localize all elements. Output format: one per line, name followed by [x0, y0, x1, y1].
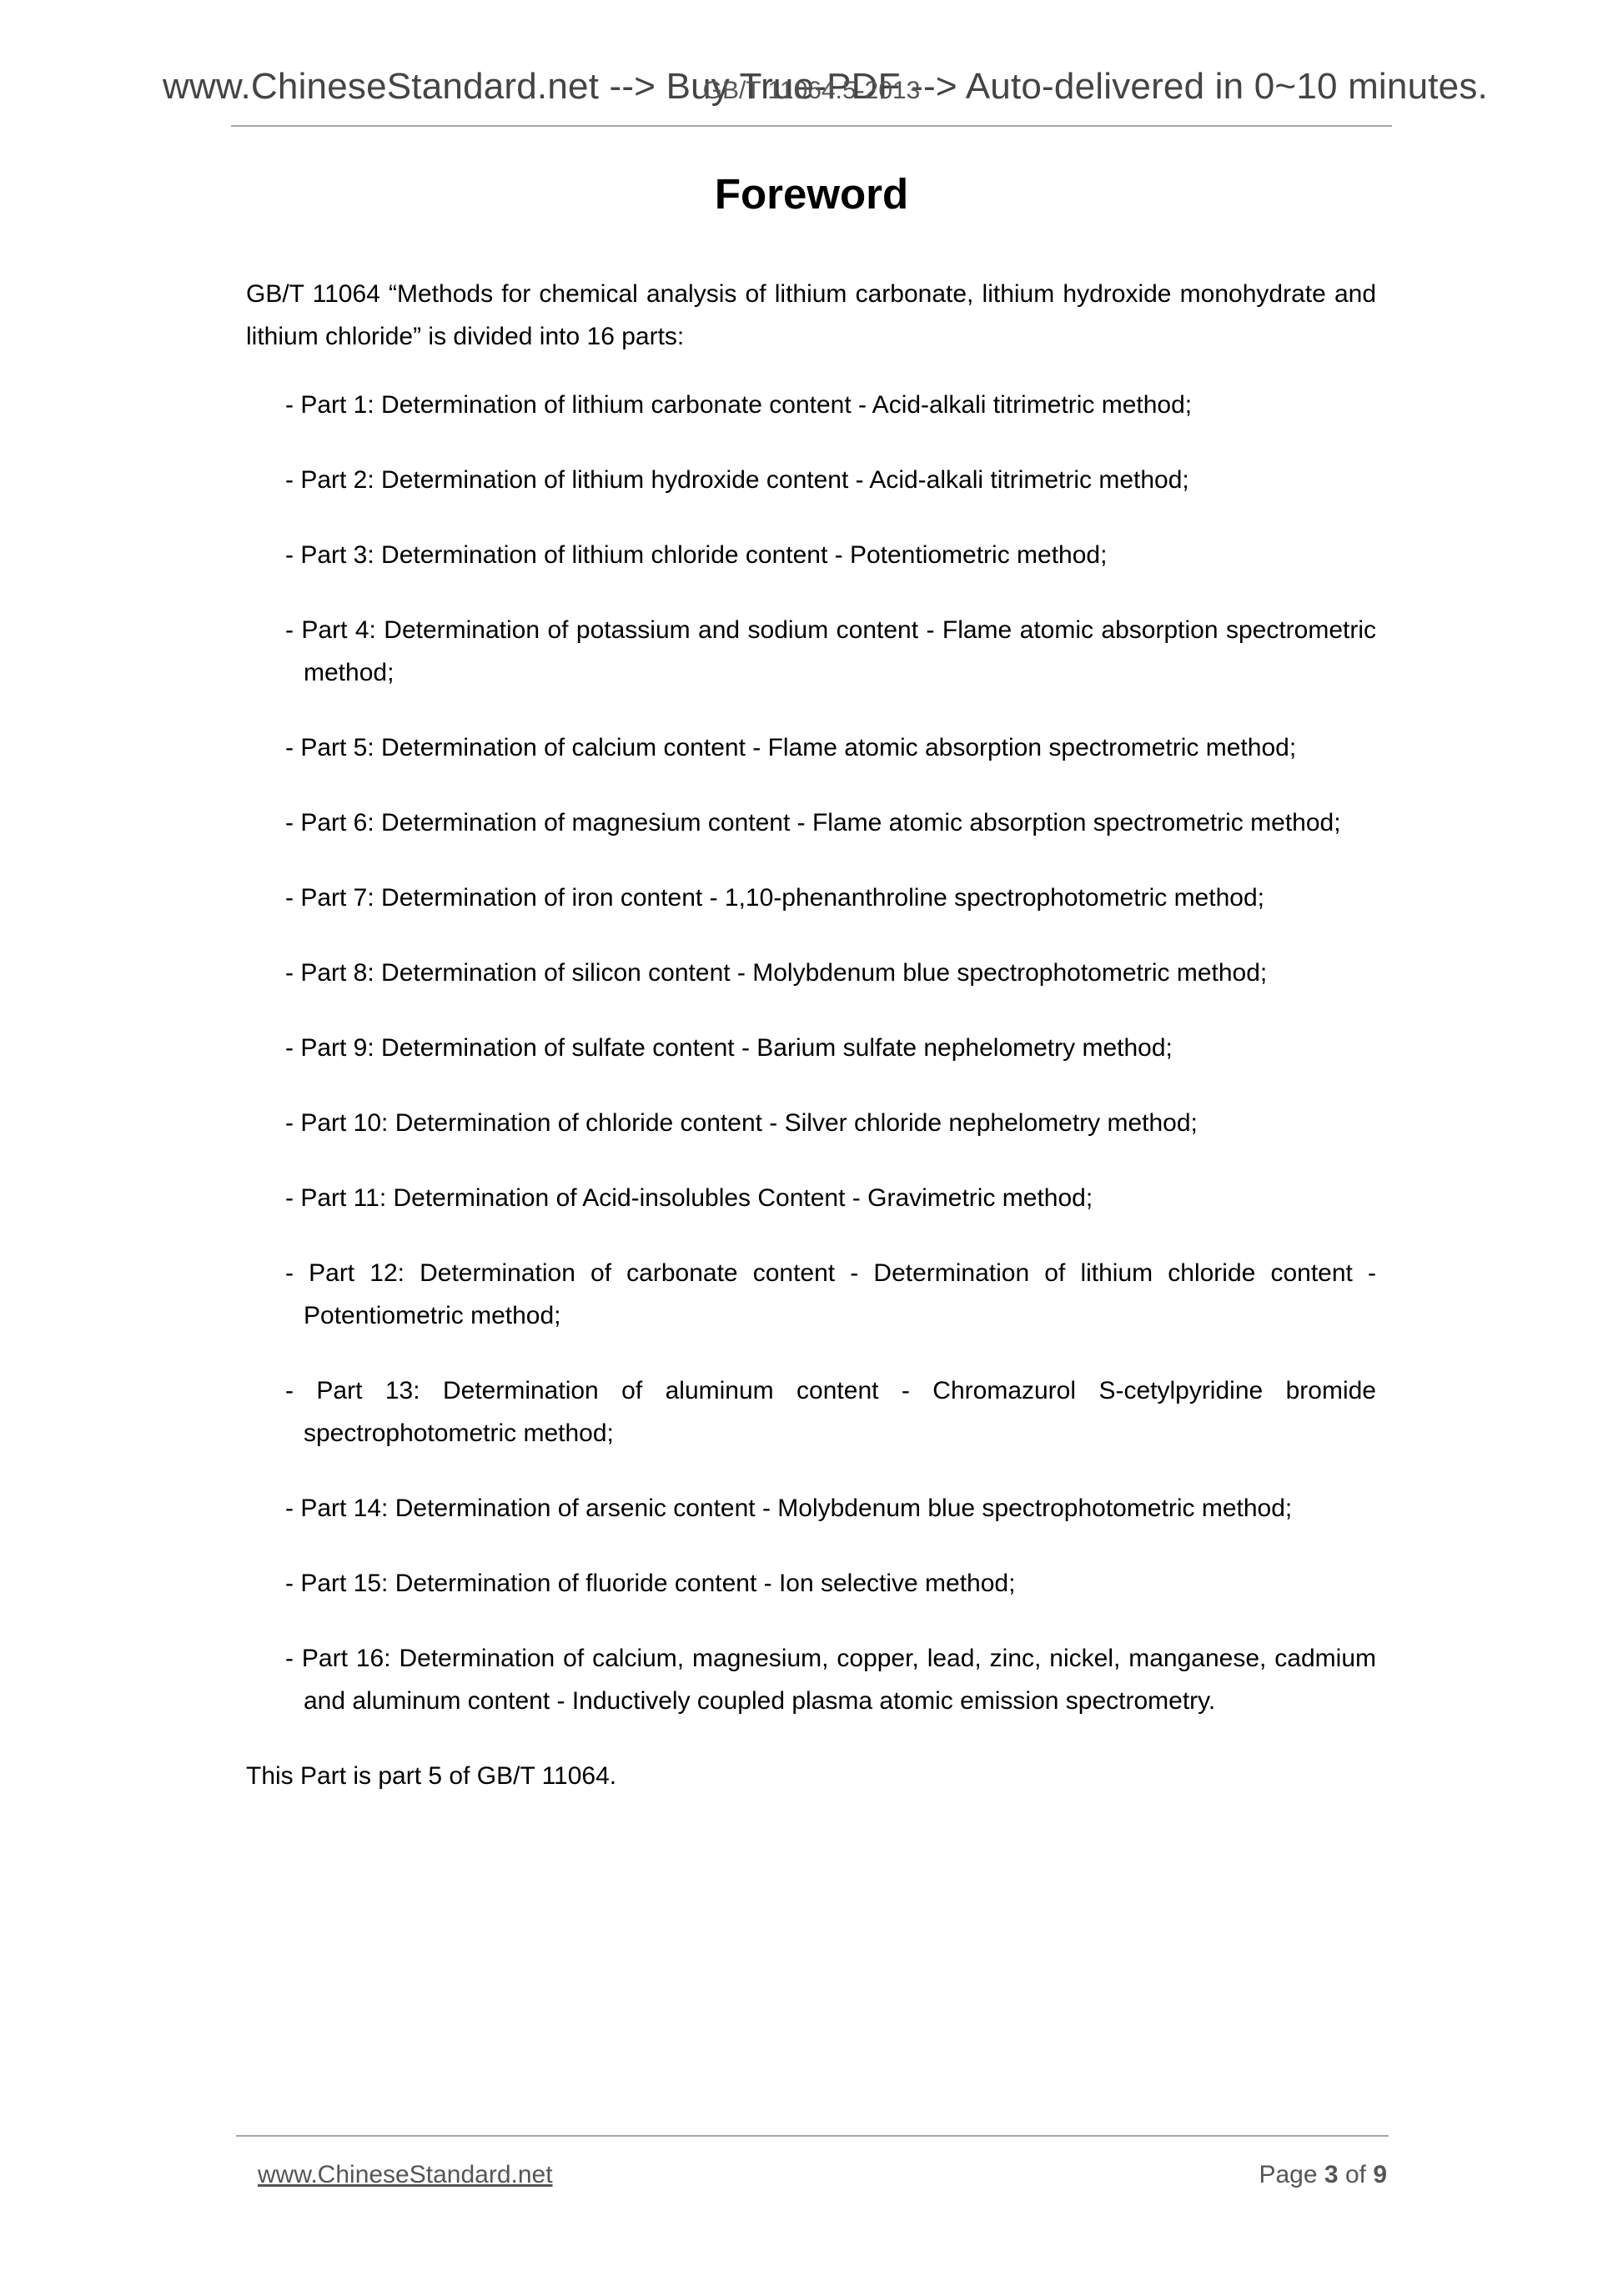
list-item-part-11: - Part 11: Determination of Acid-insolub… [246, 1177, 1376, 1219]
list-item-part-7: - Part 7: Determination of iron content … [246, 877, 1376, 919]
list-item-part-5: - Part 5: Determination of calcium conte… [246, 726, 1376, 769]
total-pages-number: 9 [1373, 2161, 1387, 2188]
list-item-part-6: - Part 6: Determination of magnesium con… [246, 801, 1376, 844]
page-header: www.ChineseStandard.net --> Buy True-PDF… [0, 0, 1623, 133]
list-item-part-16: - Part 16: Determination of calcium, mag… [246, 1637, 1376, 1722]
header-standard-number: GB/T 11064.5-2013 [0, 76, 1623, 106]
intro-paragraph: GB/T 11064 “Methods for chemical analysi… [246, 273, 1376, 358]
page-title: Foreword [0, 169, 1623, 219]
list-item-part-4: - Part 4: Determination of potassium and… [246, 609, 1376, 694]
list-item-part-15: - Part 15: Determination of fluoride con… [246, 1562, 1376, 1605]
list-item-part-3: - Part 3: Determination of lithium chlor… [246, 534, 1376, 576]
list-item-part-13: - Part 13: Determination of aluminum con… [246, 1369, 1376, 1454]
list-item-part-8: - Part 8: Determination of silicon conte… [246, 952, 1376, 994]
closing-paragraph: This Part is part 5 of GB/T 11064. [246, 1755, 1376, 1797]
list-item-part-9: - Part 9: Determination of sulfate conte… [246, 1027, 1376, 1069]
footer-divider [236, 2135, 1389, 2137]
parts-list: - Part 1: Determination of lithium carbo… [246, 384, 1376, 1722]
footer-site-link[interactable]: www.ChineseStandard.net [258, 2158, 553, 2192]
of-label: of [1345, 2161, 1366, 2188]
list-item-part-12: - Part 12: Determination of carbonate co… [246, 1252, 1376, 1337]
header-divider [231, 125, 1392, 127]
page-indicator: Page 3 of 9 [1259, 2158, 1387, 2192]
list-item-part-14: - Part 14: Determination of arsenic cont… [246, 1487, 1376, 1530]
document-body: GB/T 11064 “Methods for chemical analysi… [246, 273, 1376, 1797]
page-label: Page [1259, 2161, 1317, 2188]
list-item-part-1: - Part 1: Determination of lithium carbo… [246, 384, 1376, 426]
current-page-number: 3 [1324, 2161, 1339, 2188]
list-item-part-2: - Part 2: Determination of lithium hydro… [246, 459, 1376, 501]
list-item-part-10: - Part 10: Determination of chloride con… [246, 1102, 1376, 1144]
